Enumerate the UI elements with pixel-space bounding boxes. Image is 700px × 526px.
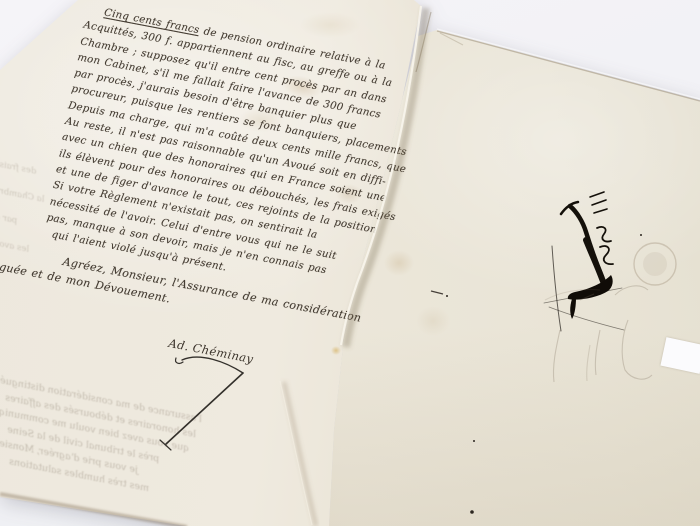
paper-stack: l'assurance de ma considération distingu… <box>0 0 700 526</box>
stain <box>331 346 341 355</box>
stain <box>384 250 414 276</box>
manuscript-text-block: Cinq cents francs de pension ordinaire r… <box>35 2 403 342</box>
stain <box>416 306 450 336</box>
stain <box>300 12 360 38</box>
photo-of-handwritten-letter: l'assurance de ma considération distingu… <box>0 0 700 526</box>
